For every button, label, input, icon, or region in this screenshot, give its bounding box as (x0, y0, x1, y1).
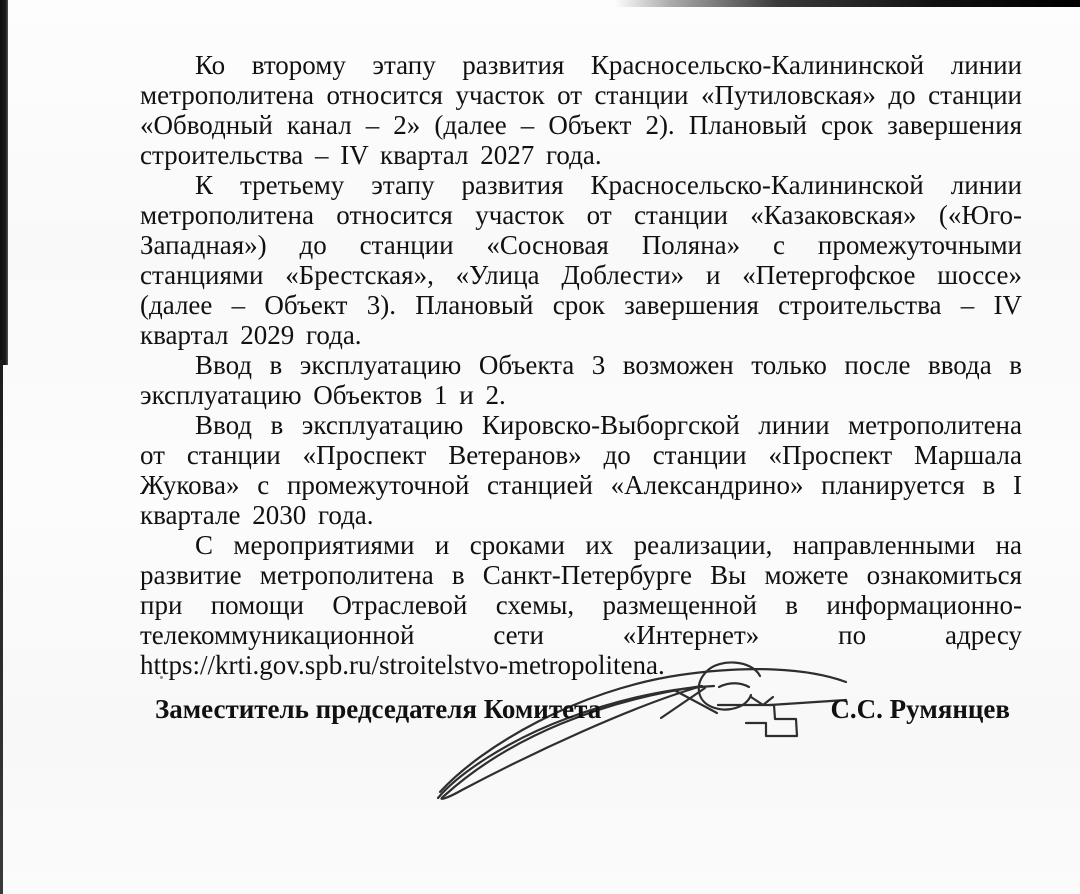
body-paragraph: Ввод в эксплуатацию Объекта 3 возможен т… (140, 350, 1022, 410)
signature-block: Заместитель председателя Комитета С.С. Р… (155, 694, 1010, 725)
signer-name: С.С. Румянцев (830, 694, 1010, 725)
scan-edge-left-bottom (0, 360, 3, 894)
scan-edge-left-top (0, 0, 8, 365)
scanned-letter-page: Ко второму этапу развития Красносельско-… (0, 0, 1080, 894)
body-paragraph: К третьему этапу развития Красносельско-… (140, 170, 1022, 350)
letter-body: Ко второму этапу развития Красносельско-… (140, 50, 1022, 680)
signer-position-title: Заместитель председателя Комитета (155, 694, 601, 725)
body-paragraph: Ввод в эксплуатацию Кировско-Выборгской … (140, 410, 1022, 530)
handwritten-signature-icon (418, 648, 848, 803)
scan-edge-top-right (615, 0, 1080, 7)
body-paragraph: Ко второму этапу развития Красносельско-… (140, 50, 1022, 170)
